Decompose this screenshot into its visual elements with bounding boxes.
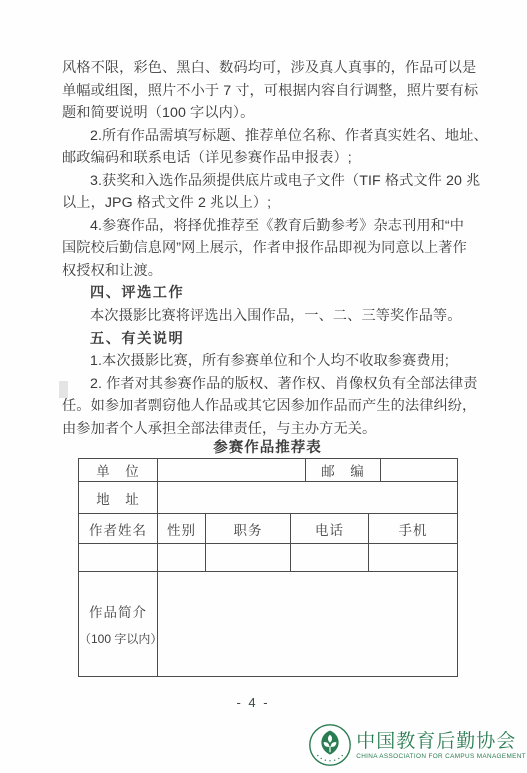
gender-label: 性别 xyxy=(158,514,206,544)
recommendation-form-table: 单 位 邮 编 地 址 作者姓名 性别 职务 电话 手机 作品简介 （100 xyxy=(78,458,458,677)
association-logo-icon xyxy=(308,723,352,767)
work-intro-label-line2: （100 字以内） xyxy=(79,630,157,647)
body-line: 本次摄影比赛将评选出入围作品，一、二、三等奖作品等。 xyxy=(62,305,472,328)
mobile-label: 手机 xyxy=(369,514,458,544)
body-line: 以上，JPG 格式文件 2 兆以上）; xyxy=(62,192,472,215)
association-name-cn: 中国教育后勤协会 xyxy=(356,730,526,752)
phone-value-cell xyxy=(291,544,369,572)
body-line: 国院校后勤信息网”网上展示，作者申报作品即视为同意以上著作 xyxy=(62,237,472,260)
association-logo: 中国教育后勤协会 CHINA ASSOCIATION FOR CAMPUS MA… xyxy=(308,723,526,767)
work-intro-label: 作品简介 （100 字以内） xyxy=(79,572,158,677)
author-name-value-cell xyxy=(79,544,158,572)
table-row: 单 位 邮 编 xyxy=(79,459,458,482)
body-line: 1.本次摄影比赛，所有参赛单位和个人均不收取参赛费用; xyxy=(62,350,472,373)
postcode-label: 邮 编 xyxy=(306,459,381,482)
table-row: 作品简介 （100 字以内） xyxy=(79,572,458,677)
form-title: 参赛作品推荐表 xyxy=(78,436,457,457)
body-line: 邮政编码和联系电话（详见参赛作品申报表）; xyxy=(62,147,472,170)
document-body: 风格不限，彩色、黑白、数码均可，涉及真人真事的，作品可以是 单幅或组图，照片不小… xyxy=(62,57,472,440)
body-line: 风格不限，彩色、黑白、数码均可，涉及真人真事的，作品可以是 xyxy=(62,57,472,80)
association-name-en: CHINA ASSOCIATION FOR CAMPUS MANAGEMENT xyxy=(356,752,526,761)
address-value-cell xyxy=(158,482,458,514)
page-number: - 4 - xyxy=(62,695,444,710)
mobile-value-cell xyxy=(369,544,458,572)
unit-value-cell xyxy=(158,459,306,482)
postcode-value-cell xyxy=(381,459,458,482)
phone-label: 电话 xyxy=(291,514,369,544)
address-label: 地 址 xyxy=(79,482,158,514)
body-line: 4.参赛作品，将择优推荐至《教育后勤参考》杂志刊用和“中 xyxy=(62,215,472,238)
work-intro-label-line1: 作品简介 xyxy=(79,601,157,621)
position-label: 职务 xyxy=(206,514,291,544)
body-line: 2. 作者对其参赛作品的版权、著作权、肖像权负有全部法律责 xyxy=(62,373,472,396)
body-line: 任。如参加者剽窃他人作品或其它因参加作品而产生的法律纠纷， xyxy=(62,395,472,418)
table-row xyxy=(79,544,458,572)
table-row: 地 址 xyxy=(79,482,458,514)
scan-artifact xyxy=(59,381,68,398)
body-line: 题和简要说明（100 字以内）。 xyxy=(62,102,472,125)
work-intro-value-cell xyxy=(158,572,458,677)
position-value-cell xyxy=(206,544,291,572)
section-heading-5: 五、有关说明 xyxy=(62,328,472,351)
author-name-label: 作者姓名 xyxy=(79,514,158,544)
body-line: 单幅或组图，照片不小于 7 寸，可根据内容自行调整，照片要有标 xyxy=(62,80,472,103)
table-row: 作者姓名 性别 职务 电话 手机 xyxy=(79,514,458,544)
body-line: 2.所有作品需填写标题、推荐单位名称、作者真实姓名、地址、 xyxy=(62,125,472,148)
body-line: 3.获奖和入选作品须提供底片或电子文件（TIF 格式文件 20 兆 xyxy=(62,170,472,193)
gender-value-cell xyxy=(158,544,206,572)
association-logo-text: 中国教育后勤协会 CHINA ASSOCIATION FOR CAMPUS MA… xyxy=(356,730,526,761)
body-line: 权授权和让渡。 xyxy=(62,260,472,283)
document-page: 风格不限，彩色、黑白、数码均可，涉及真人真事的，作品可以是 单幅或组图，照片不小… xyxy=(0,0,527,773)
section-heading-4: 四、评选工作 xyxy=(62,282,472,305)
unit-label: 单 位 xyxy=(79,459,158,482)
